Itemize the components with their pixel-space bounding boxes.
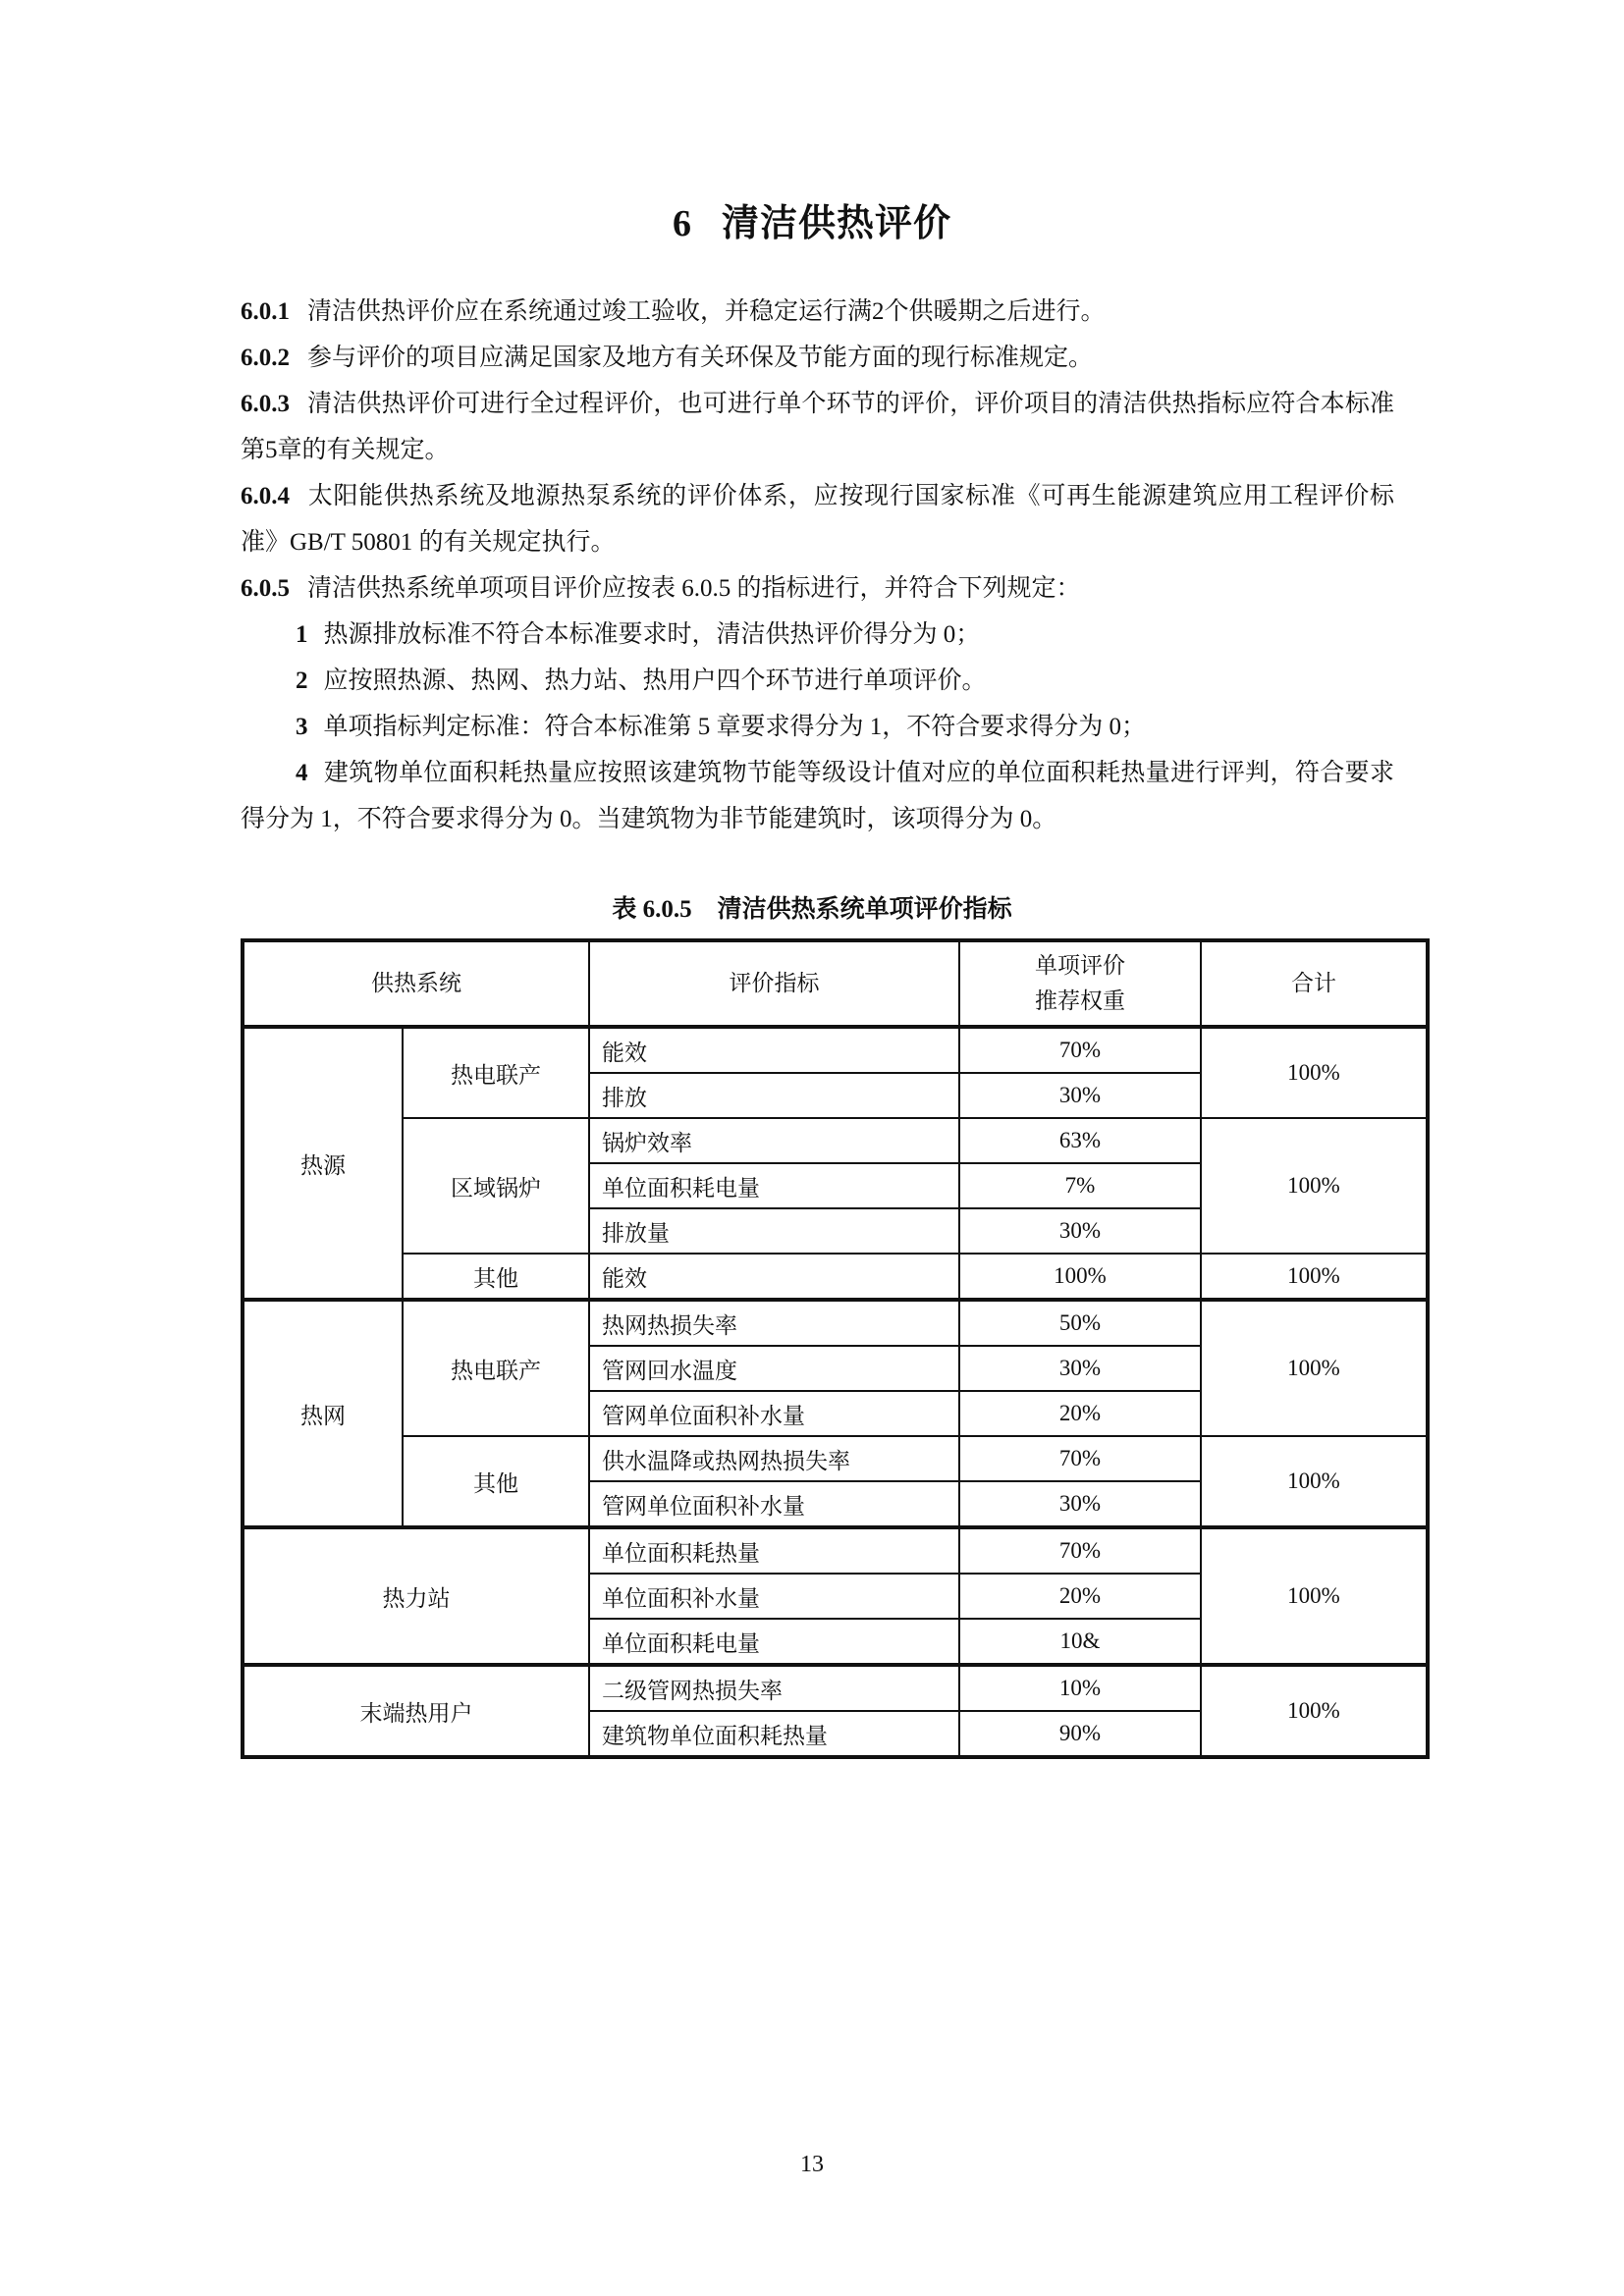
indicator-cell: 管网单位面积补水量 — [589, 1391, 959, 1436]
subgroup-chp: 热电联产 — [403, 1027, 589, 1118]
indicator-cell: 锅炉效率 — [589, 1118, 959, 1163]
list-item: 4建筑物单位面积耗热量应按照该建筑物节能等级设计值对应的单位面积耗热量进行评判，… — [241, 750, 1394, 842]
clause-6-0-3: 6.0.3清洁供热评价可进行全过程评价，也可进行单个环节的评价，评价项目的清洁供… — [241, 381, 1394, 473]
subgroup-other: 其他 — [403, 1436, 589, 1527]
table-title: 清洁供热系统单项评价指标 — [718, 896, 1012, 923]
item-text: 应按照热源、热网、热力站、热用户四个环节进行单项评价。 — [324, 667, 987, 694]
weight-cell: 10% — [959, 1665, 1201, 1711]
clause-number: 6.0.1 — [241, 298, 290, 325]
table-number: 表 6.0.5 — [612, 896, 691, 923]
indicator-cell: 排放 — [589, 1073, 959, 1118]
table-row: 其他 能效 100% 100% — [243, 1254, 1428, 1300]
subgroup-district-boiler: 区域锅炉 — [403, 1118, 589, 1254]
group-heat-source: 热源 — [243, 1027, 403, 1300]
item-number: 4 — [296, 760, 308, 786]
item-text: 建筑物单位面积耗热量应按照该建筑物节能等级设计值对应的单位面积耗热量进行评判，符… — [241, 760, 1394, 832]
weight-cell: 30% — [959, 1346, 1201, 1391]
table-row: 区域锅炉 锅炉效率 63% 100% — [243, 1118, 1428, 1163]
indicator-cell: 管网回水温度 — [589, 1346, 959, 1391]
list-item: 2应按照热源、热网、热力站、热用户四个环节进行单项评价。 — [241, 658, 1394, 704]
chapter-title: 6清洁供热评价 — [0, 192, 1624, 246]
table-header-row: 供热系统 评价指标 单项评价推荐权重 合计 — [243, 940, 1428, 1027]
clause-6-0-2: 6.0.2参与评价的项目应满足国家及地方有关环保及节能方面的现行标准规定。 — [241, 335, 1394, 381]
table-row: 其他 供水温降或热网热损失率 70% 100% — [243, 1436, 1428, 1481]
total-cell: 100% — [1201, 1665, 1428, 1757]
clause-text: 参与评价的项目应满足国家及地方有关环保及节能方面的现行标准规定。 — [307, 345, 1093, 371]
indicator-cell: 单位面积耗电量 — [589, 1163, 959, 1208]
group-heat-station: 热力站 — [243, 1527, 589, 1665]
total-cell: 100% — [1201, 1300, 1428, 1436]
indicator-cell: 热网热损失率 — [589, 1300, 959, 1346]
total-cell: 100% — [1201, 1027, 1428, 1118]
chapter-title-text: 清洁供热评价 — [722, 203, 951, 244]
weight-cell: 90% — [959, 1711, 1201, 1757]
weight-cell: 20% — [959, 1574, 1201, 1619]
indicator-cell: 供水温降或热网热损失率 — [589, 1436, 959, 1481]
item-number: 1 — [296, 621, 308, 648]
clause-6-0-1: 6.0.1清洁供热评价应在系统通过竣工验收，并稳定运行满2个供暖期之后进行。 — [241, 289, 1394, 335]
chapter-number: 6 — [673, 203, 692, 244]
header-weight-line2: 推荐权重 — [1035, 988, 1125, 1013]
body-text: 6.0.1清洁供热评价应在系统通过竣工验收，并稳定运行满2个供暖期之后进行。 6… — [241, 289, 1394, 842]
indicator-cell: 单位面积耗电量 — [589, 1619, 959, 1665]
weight-cell: 100% — [959, 1254, 1201, 1300]
indicator-cell: 能效 — [589, 1254, 959, 1300]
weight-cell: 10& — [959, 1619, 1201, 1665]
page-number: 13 — [0, 2152, 1624, 2178]
weight-cell: 30% — [959, 1208, 1201, 1254]
clause-6-0-5: 6.0.5清洁供热系统单项项目评价应按表 6.0.5 的指标进行，并符合下列规定… — [241, 565, 1394, 612]
weight-cell: 70% — [959, 1436, 1201, 1481]
indicator-cell: 排放量 — [589, 1208, 959, 1254]
clause-number: 6.0.5 — [241, 575, 290, 602]
total-cell: 100% — [1201, 1254, 1428, 1300]
list-item: 1热源排放标准不符合本标准要求时，清洁供热评价得分为 0； — [241, 612, 1394, 658]
indicator-cell: 能效 — [589, 1027, 959, 1073]
indicator-cell: 建筑物单位面积耗热量 — [589, 1711, 959, 1757]
table-row: 热力站 单位面积耗热量 70% 100% — [243, 1527, 1428, 1574]
header-weight-line1: 单项评价 — [1035, 953, 1125, 978]
indicator-cell: 单位面积耗热量 — [589, 1527, 959, 1574]
clause-text: 清洁供热系统单项项目评价应按表 6.0.5 的指标进行，并符合下列规定： — [307, 575, 1081, 602]
indicator-cell: 二级管网热损失率 — [589, 1665, 959, 1711]
clause-text: 清洁供热评价可进行全过程评价，也可进行单个环节的评价，评价项目的清洁供热指标应符… — [241, 391, 1394, 463]
weight-cell: 70% — [959, 1527, 1201, 1574]
clause-number: 6.0.3 — [241, 391, 290, 417]
subgroup-other: 其他 — [403, 1254, 589, 1300]
total-cell: 100% — [1201, 1118, 1428, 1254]
item-number: 3 — [296, 714, 308, 740]
clause-number: 6.0.2 — [241, 345, 290, 371]
header-system: 供热系统 — [243, 940, 589, 1027]
weight-cell: 70% — [959, 1027, 1201, 1073]
item-text: 热源排放标准不符合本标准要求时，清洁供热评价得分为 0； — [324, 621, 981, 648]
indicator-cell: 管网单位面积补水量 — [589, 1481, 959, 1527]
item-number: 2 — [296, 667, 308, 694]
group-heat-network: 热网 — [243, 1300, 403, 1527]
table-row: 末端热用户 二级管网热损失率 10% 100% — [243, 1665, 1428, 1711]
weight-cell: 63% — [959, 1118, 1201, 1163]
weight-cell: 30% — [959, 1481, 1201, 1527]
clause-number: 6.0.4 — [241, 483, 290, 509]
subgroup-chp: 热电联产 — [403, 1300, 589, 1436]
list-item: 3单项指标判定标准：符合本标准第 5 章要求得分为 1，不符合要求得分为 0； — [241, 704, 1394, 750]
table-row: 热网 热电联产 热网热损失率 50% 100% — [243, 1300, 1428, 1346]
evaluation-table: 供热系统 评价指标 单项评价推荐权重 合计 热源 热电联产 能效 70% 100… — [241, 938, 1430, 1759]
weight-cell: 30% — [959, 1073, 1201, 1118]
clause-text: 清洁供热评价应在系统通过竣工验收，并稳定运行满2个供暖期之后进行。 — [307, 298, 1106, 325]
header-weight: 单项评价推荐权重 — [959, 940, 1201, 1027]
group-end-user: 末端热用户 — [243, 1665, 589, 1757]
header-total: 合计 — [1201, 940, 1428, 1027]
table-caption: 表 6.0.5清洁供热系统单项评价指标 — [0, 889, 1624, 925]
weight-cell: 7% — [959, 1163, 1201, 1208]
weight-cell: 20% — [959, 1391, 1201, 1436]
header-indicator: 评价指标 — [589, 940, 959, 1027]
clause-6-0-4: 6.0.4太阳能供热系统及地源热泵系统的评价体系，应按现行国家标准《可再生能源建… — [241, 473, 1394, 565]
total-cell: 100% — [1201, 1436, 1428, 1527]
weight-cell: 50% — [959, 1300, 1201, 1346]
item-text: 单项指标判定标准：符合本标准第 5 章要求得分为 1，不符合要求得分为 0； — [324, 714, 1147, 740]
table-row: 热源 热电联产 能效 70% 100% — [243, 1027, 1428, 1073]
total-cell: 100% — [1201, 1527, 1428, 1665]
clause-text: 太阳能供热系统及地源热泵系统的评价体系，应按现行国家标准《可再生能源建筑应用工程… — [241, 483, 1394, 556]
indicator-cell: 单位面积补水量 — [589, 1574, 959, 1619]
